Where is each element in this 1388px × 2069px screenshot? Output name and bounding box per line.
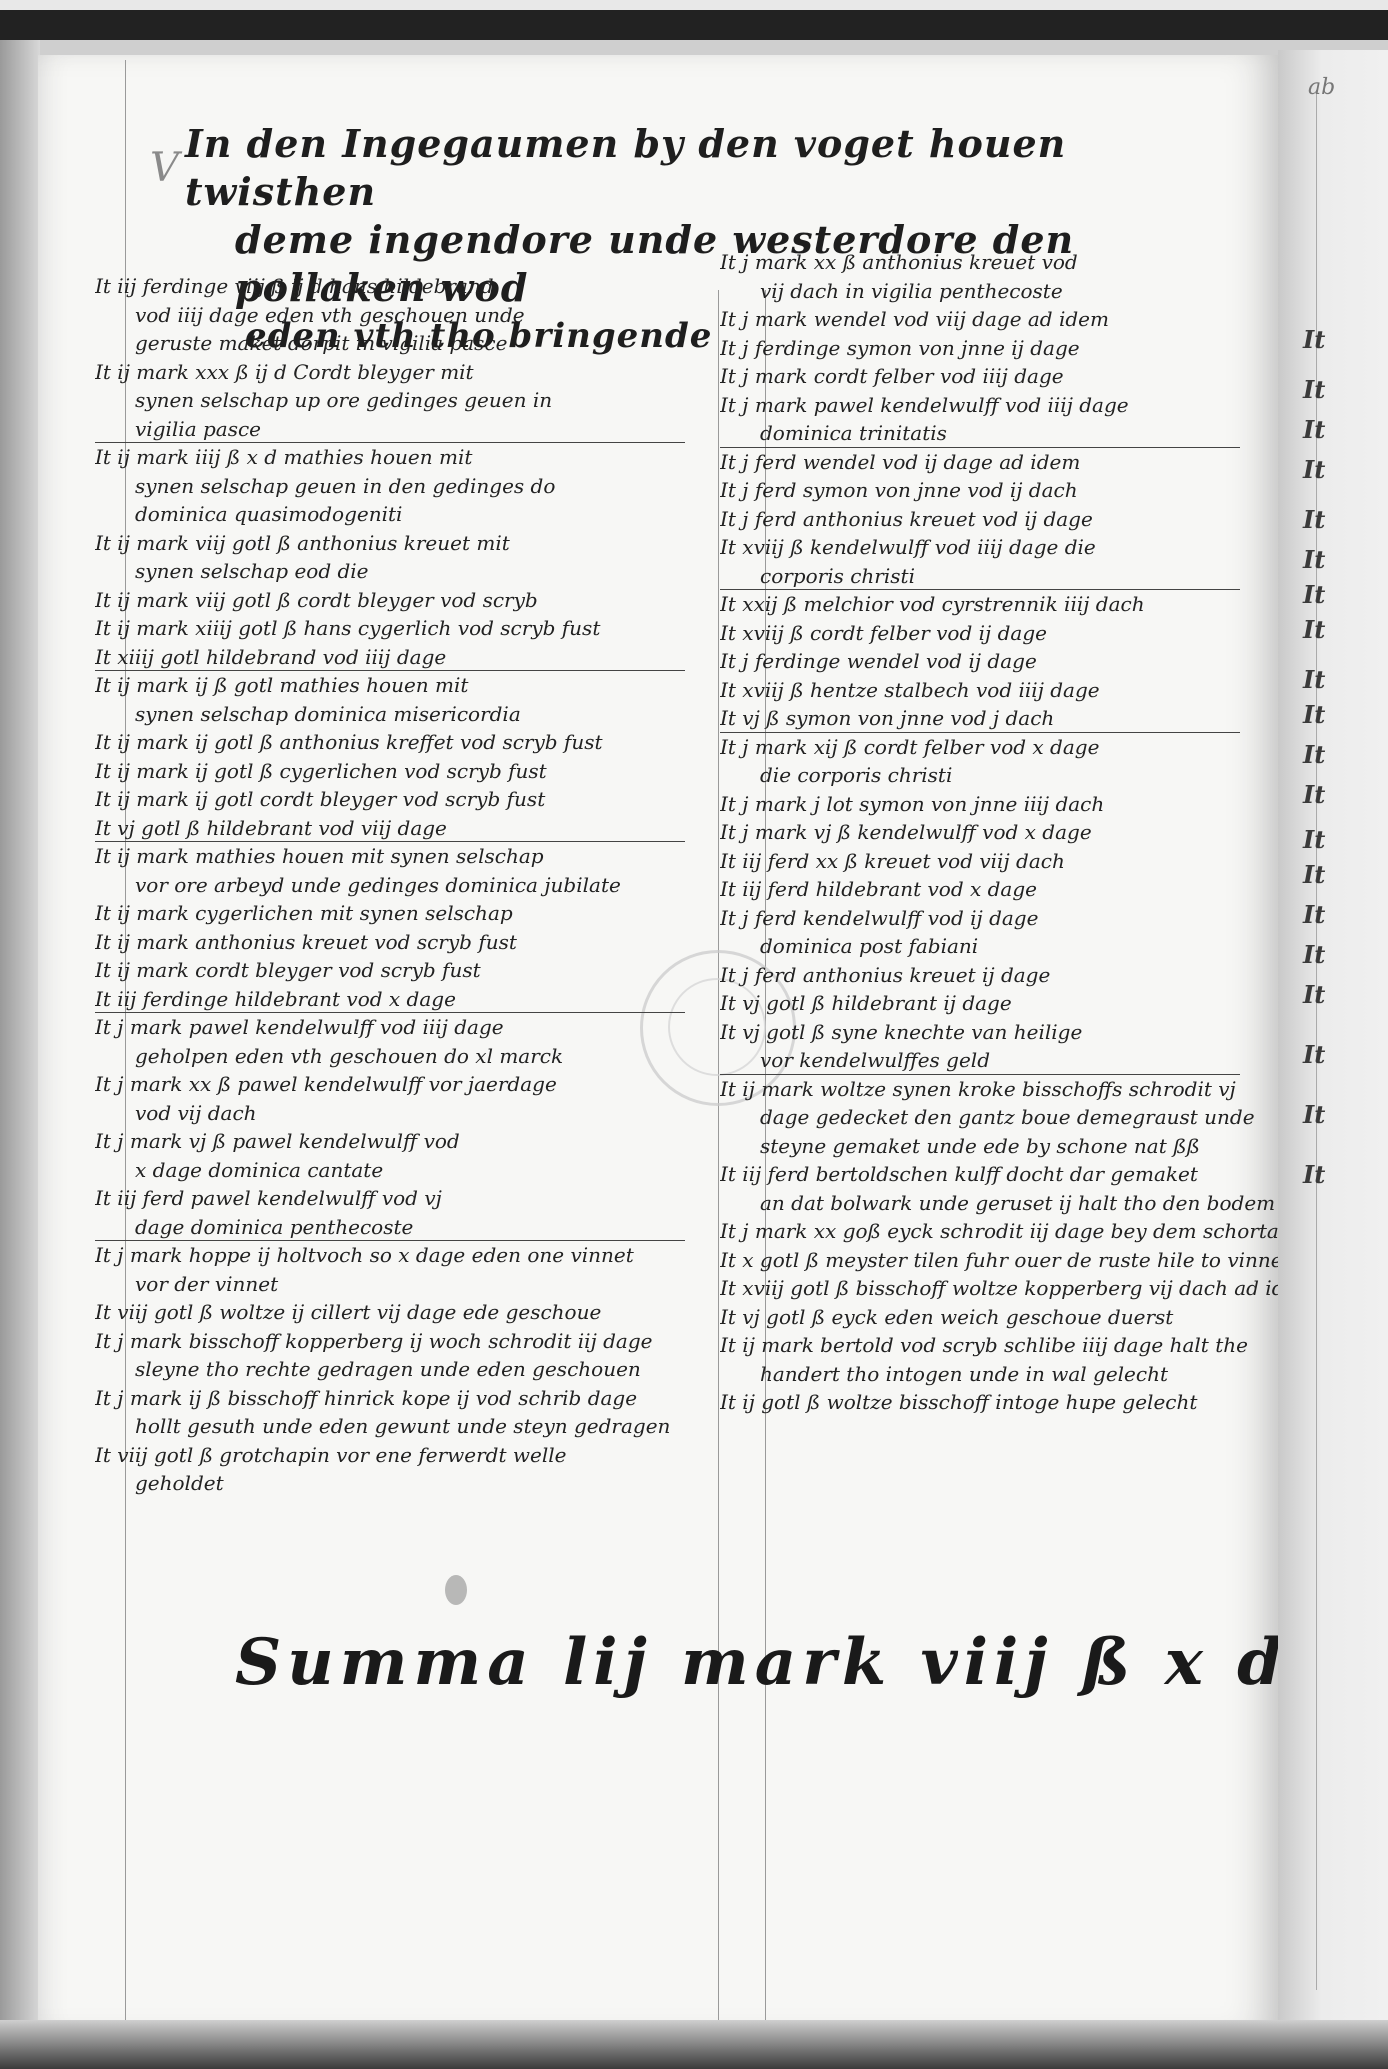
ledger-entry: It j mark pawel kendelwulff vod iiij dag… bbox=[720, 391, 1280, 448]
ledger-entry: It vj ß symon von jnne vod j dach bbox=[720, 704, 1280, 733]
ledger-entry: It ij mark cygerlichen mit synen selscha… bbox=[95, 899, 725, 928]
ledger-entry: It j mark j lot symon von jnne iiij dach bbox=[720, 790, 1280, 819]
ledger-entry-line: It j ferd symon von jnne vod ij dach bbox=[720, 476, 1280, 505]
margin-check-mark: V bbox=[150, 145, 179, 191]
ledger-entry-line: It iij ferd hildebrant vod x dage bbox=[720, 875, 1280, 904]
ledger-entry-line: It xiiij gotl hildebrand vod iiij dage bbox=[95, 643, 725, 672]
ledger-entry: It ij mark iiij ß x d mathies houen mits… bbox=[95, 443, 725, 529]
ledger-entry-line: It ij mark woltze synen kroke bisschoffs… bbox=[720, 1075, 1280, 1104]
ledger-entry: It j mark wendel vod viij dage ad idem bbox=[720, 305, 1280, 334]
next-page-item-mark: It bbox=[1303, 780, 1325, 809]
ledger-entry: It j mark hoppe ij holtvoch so x dage ed… bbox=[95, 1241, 725, 1298]
ledger-entry: It ij mark ij gotl ß cygerlichen vod scr… bbox=[95, 757, 725, 786]
ledger-entry-line: It j ferd anthonius kreuet ij dage bbox=[720, 961, 1280, 990]
ledger-entry: It j ferd kendelwulff vod ij dagedominic… bbox=[720, 904, 1280, 961]
ledger-entry-line: It vj ß symon von jnne vod j dach bbox=[720, 704, 1280, 733]
ledger-entry: It ij mark cordt bleyger vod scryb fust bbox=[95, 956, 725, 985]
ledger-entry-line: It vj gotl ß syne knechte van heilige bbox=[720, 1018, 1280, 1047]
ledger-entry-line: It iij ferd pawel kendelwulff vod vj bbox=[95, 1184, 725, 1213]
next-page-item-mark: It bbox=[1303, 455, 1325, 484]
ledger-entry: It iij ferd bertoldschen kulff docht dar… bbox=[720, 1160, 1280, 1217]
ledger-entry-line: die corporis christi bbox=[720, 761, 1280, 790]
left-column-entries: It iij ferdinge viij ß ij d hans hildebr… bbox=[95, 272, 725, 1498]
ledger-entry: It iij ferd hildebrant vod x dage bbox=[720, 875, 1280, 904]
ledger-entry-line: It xviij ß kendelwulff vod iiij dage die bbox=[720, 533, 1280, 562]
ledger-entry: It j ferdinge symon von jnne ij dage bbox=[720, 334, 1280, 363]
ledger-entry: It ij mark ij ß gotl mathies houen mitsy… bbox=[95, 671, 725, 728]
ledger-entry: It j mark vj ß pawel kendelwulff vodx da… bbox=[95, 1127, 725, 1184]
next-page-item-mark: It bbox=[1303, 1100, 1325, 1129]
ledger-entry-line: It ij gotl ß woltze bisschoff intoge hup… bbox=[720, 1388, 1280, 1417]
ledger-entry: It xviij gotl ß bisschoff woltze kopperb… bbox=[720, 1274, 1280, 1303]
ledger-entry-line: vij dach in vigilia penthecoste bbox=[720, 277, 1280, 306]
ledger-entry-line: It xxij ß melchior vod cyrstrennik iiij … bbox=[720, 590, 1280, 619]
next-page-item-mark: It bbox=[1303, 900, 1325, 929]
ledger-entry-line: hollt gesuth unde eden gewunt unde steyn… bbox=[95, 1412, 725, 1441]
ledger-entry: It j mark ij ß bisschoff hinrick kope ij… bbox=[95, 1384, 725, 1441]
ledger-entry-line: dominica quasimodogeniti bbox=[95, 500, 725, 529]
ledger-entry: It xviij ß kendelwulff vod iiij dage die… bbox=[720, 533, 1280, 590]
ledger-entry-line: synen selschap eod die bbox=[95, 557, 725, 586]
ledger-entry-line: It j mark ij ß bisschoff hinrick kope ij… bbox=[95, 1384, 725, 1413]
ledger-entry-line: It ij mark xxx ß ij d Cordt bleyger mit bbox=[95, 358, 725, 387]
next-page-item-mark: It bbox=[1303, 940, 1325, 969]
ledger-entry-line: It xviij ß hentze stalbech vod iiij dage bbox=[720, 676, 1280, 705]
right-column-entries: It j mark xx ß anthonius kreuet vodvij d… bbox=[720, 248, 1280, 1417]
ledger-entry-line: vod vij dach bbox=[95, 1099, 725, 1128]
ledger-entry-line: It j ferdinge symon von jnne ij dage bbox=[720, 334, 1280, 363]
ledger-entry: It x gotl ß meyster tilen fuhr ouer de r… bbox=[720, 1246, 1280, 1275]
ledger-entry: It ij mark xxx ß ij d Cordt bleyger mits… bbox=[95, 358, 725, 444]
ledger-entry: It j mark xx ß anthonius kreuet vodvij d… bbox=[720, 248, 1280, 305]
ledger-entry-line: It j mark cordt felber vod iiij dage bbox=[720, 362, 1280, 391]
ledger-entry: It ij mark bertold vod scryb schlibe iii… bbox=[720, 1331, 1280, 1388]
ledger-entry: It vj gotl ß hildebrant ij dage bbox=[720, 989, 1280, 1018]
ledger-entry-line: It iij ferd bertoldschen kulff docht dar… bbox=[720, 1160, 1280, 1189]
ledger-entry-line: It ij mark mathies houen mit synen selsc… bbox=[95, 842, 725, 871]
ledger-entry-line: It j ferd wendel vod ij dage ad idem bbox=[720, 448, 1280, 477]
ledger-entry: It j mark pawel kendelwulff vod iiij dag… bbox=[95, 1013, 725, 1070]
next-page-fragment: ab ItItItItItItItItItItItItItItItItItItI… bbox=[1278, 50, 1388, 2025]
ledger-entry: It ij mark anthonius kreuet vod scryb fu… bbox=[95, 928, 725, 957]
ledger-entry: It j ferd wendel vod ij dage ad idem bbox=[720, 448, 1280, 477]
book-binding-top bbox=[0, 0, 1388, 60]
ledger-entry-line: synen selschap dominica misericordia bbox=[95, 700, 725, 729]
ledger-entry: It xiiij gotl hildebrand vod iiij dage bbox=[95, 643, 725, 672]
ledger-entry: It j ferd anthonius kreuet ij dage bbox=[720, 961, 1280, 990]
next-page-item-mark: It bbox=[1303, 740, 1325, 769]
ledger-entry-line: It vj gotl ß hildebrant ij dage bbox=[720, 989, 1280, 1018]
next-page-item-mark: It bbox=[1303, 860, 1325, 889]
ledger-entry: It iij ferdinge viij ß ij d hans hildebr… bbox=[95, 272, 725, 358]
ledger-entry-line: It j mark xx ß pawel kendelwulff vor jae… bbox=[95, 1070, 725, 1099]
ledger-entry-line: It j mark vj ß kendelwulff vod x dage bbox=[720, 818, 1280, 847]
ledger-entry: It iij ferd pawel kendelwulff vod vjdage… bbox=[95, 1184, 725, 1241]
ledger-entry-line: It j mark hoppe ij holtvoch so x dage ed… bbox=[95, 1241, 725, 1270]
ledger-entry-line: It vj gotl ß eyck eden weich geschoue du… bbox=[720, 1303, 1280, 1332]
ledger-entry: It ij mark xiiij gotl ß hans cygerlich v… bbox=[95, 614, 725, 643]
ledger-entry: It iij ferdinge hildebrant vod x dage bbox=[95, 985, 725, 1014]
ledger-entry: It viij gotl ß woltze ij cillert vij dag… bbox=[95, 1298, 725, 1327]
page-left-edge bbox=[0, 40, 40, 2040]
ledger-entry-line: It ij mark viij gotl ß anthonius kreuet … bbox=[95, 529, 725, 558]
ledger-entry-line: corporis christi bbox=[720, 562, 1280, 591]
ledger-entry: It j mark xij ß cordt felber vod x daged… bbox=[720, 733, 1280, 790]
ledger-entry: It j mark bisschoff kopperberg ij woch s… bbox=[95, 1327, 725, 1384]
total-value: lij mark viij ß x d bbox=[563, 1625, 1288, 1700]
ledger-entry-line: It j ferd anthonius kreuet vod ij dage bbox=[720, 505, 1280, 534]
ledger-entry: It ij mark ij gotl cordt bleyger vod scr… bbox=[95, 785, 725, 814]
next-page-item-mark: It bbox=[1303, 325, 1325, 354]
ledger-entry-line: It viij gotl ß woltze ij cillert vij dag… bbox=[95, 1298, 725, 1327]
ledger-entry-line: dage gedecket den gantz boue demegraust … bbox=[720, 1103, 1280, 1132]
ledger-entry: It viij gotl ß grotchapin vor ene ferwer… bbox=[95, 1441, 725, 1498]
ledger-entry-line: It viij gotl ß grotchapin vor ene ferwer… bbox=[95, 1441, 725, 1470]
next-page-item-mark: It bbox=[1303, 615, 1325, 644]
book-binding-bottom bbox=[0, 2020, 1388, 2069]
ledger-entry: It xviij ß cordt felber vod ij dage bbox=[720, 619, 1280, 648]
ledger-entry-line: It ij mark cygerlichen mit synen selscha… bbox=[95, 899, 725, 928]
ledger-entry-line: geholpen eden vth geschouen do xl marck bbox=[95, 1042, 725, 1071]
ledger-entry-line: dominica trinitatis bbox=[720, 419, 1280, 448]
ledger-entry-line: x dage dominica cantate bbox=[95, 1156, 725, 1185]
ledger-entry-line: geruste maket dorpit in vigilia pasce bbox=[95, 329, 725, 358]
ledger-entry-line: It ij mark cordt bleyger vod scryb fust bbox=[95, 956, 725, 985]
next-page-item-mark: It bbox=[1303, 545, 1325, 574]
total-label: Summa bbox=[235, 1625, 535, 1700]
ledger-entry: It iij ferd xx ß kreuet vod viij dach bbox=[720, 847, 1280, 876]
ledger-entry-line: It j mark bisschoff kopperberg ij woch s… bbox=[95, 1327, 725, 1356]
ledger-entry-line: It ij mark bertold vod scryb schlibe iii… bbox=[720, 1331, 1280, 1360]
ledger-entry-line: It xviij ß cordt felber vod ij dage bbox=[720, 619, 1280, 648]
ledger-entry-line: It ij mark ij gotl cordt bleyger vod scr… bbox=[95, 785, 725, 814]
ledger-entry-line: It xviij gotl ß bisschoff woltze kopperb… bbox=[720, 1274, 1280, 1303]
ledger-entry-line: It j ferd kendelwulff vod ij dage bbox=[720, 904, 1280, 933]
ledger-entry-line: It iij ferdinge viij ß ij d hans hildebr… bbox=[95, 272, 725, 301]
ledger-entry-line: vor kendelwulffes geld bbox=[720, 1046, 1280, 1075]
ledger-entry-line: dage dominica penthecoste bbox=[95, 1213, 725, 1242]
ledger-entry: It j mark xx ß pawel kendelwulff vor jae… bbox=[95, 1070, 725, 1127]
ledger-entry-line: It iij ferdinge hildebrant vod x dage bbox=[95, 985, 725, 1014]
next-page-item-mark: It bbox=[1303, 580, 1325, 609]
ledger-entry: It j mark xx goß eyck schrodit iij dage … bbox=[720, 1217, 1280, 1246]
ledger-entry-line: It ij mark anthonius kreuet vod scryb fu… bbox=[95, 928, 725, 957]
ledger-entry-line: It ij mark ij gotl ß anthonius kreffet v… bbox=[95, 728, 725, 757]
ledger-entry-line: It iij ferd xx ß kreuet vod viij dach bbox=[720, 847, 1280, 876]
ink-blot bbox=[445, 1575, 467, 1605]
ledger-entry-line: It j mark vj ß pawel kendelwulff vod bbox=[95, 1127, 725, 1156]
ledger-entry-line: It j mark j lot symon von jnne iiij dach bbox=[720, 790, 1280, 819]
ledger-entry-line: dominica post fabiani bbox=[720, 932, 1280, 961]
ledger-entry: It ij mark mathies houen mit synen selsc… bbox=[95, 842, 725, 899]
ledger-entry: It j ferd symon von jnne vod ij dach bbox=[720, 476, 1280, 505]
next-page-top-text: ab bbox=[1308, 75, 1335, 100]
ledger-entry-line: handert tho intogen unde in wal gelecht bbox=[720, 1360, 1280, 1389]
next-page-item-mark: It bbox=[1303, 505, 1325, 534]
ledger-entry-line: geholdet bbox=[95, 1469, 725, 1498]
ledger-entry-line: vor der vinnet bbox=[95, 1270, 725, 1299]
ledger-entry: It ij mark viij gotl ß cordt bleyger vod… bbox=[95, 586, 725, 615]
ledger-entry: It j ferd anthonius kreuet vod ij dage bbox=[720, 505, 1280, 534]
next-page-item-mark: It bbox=[1303, 700, 1325, 729]
ledger-entry: It ij mark viij gotl ß anthonius kreuet … bbox=[95, 529, 725, 586]
ledger-entry: It xviij ß hentze stalbech vod iiij dage bbox=[720, 676, 1280, 705]
ledger-entry-line: vigilia pasce bbox=[95, 415, 725, 444]
ledger-entry: It ij mark ij gotl ß anthonius kreffet v… bbox=[95, 728, 725, 757]
next-page-item-mark: It bbox=[1303, 665, 1325, 694]
ledger-entry: It vj gotl ß syne knechte van heiligevor… bbox=[720, 1018, 1280, 1075]
ledger-entry-line: an dat bolwark unde geruset ij halt tho … bbox=[720, 1189, 1280, 1218]
next-page-item-mark: It bbox=[1303, 1040, 1325, 1069]
ledger-entry-line: steyne gemaket unde ede by schone nat ßß bbox=[720, 1132, 1280, 1161]
next-page-item-mark: It bbox=[1303, 375, 1325, 404]
ledger-entry: It j mark vj ß kendelwulff vod x dage bbox=[720, 818, 1280, 847]
heading-line-1: In den Ingegaumen by den voget houen twi… bbox=[185, 120, 1225, 216]
ledger-entry: It ij mark woltze synen kroke bisschoffs… bbox=[720, 1075, 1280, 1161]
ledger-entry-line: It j mark xx ß anthonius kreuet vod bbox=[720, 248, 1280, 277]
ledger-entry-line: It j mark xij ß cordt felber vod x dage bbox=[720, 733, 1280, 762]
next-page-item-mark: It bbox=[1303, 415, 1325, 444]
ledger-entry-line: vod iiij dage eden vth geschouen unde bbox=[95, 301, 725, 330]
ledger-entry-line: vor ore arbeyd unde gedinges dominica ju… bbox=[95, 871, 725, 900]
ledger-entry-line: synen selschap up ore gedinges geuen in bbox=[95, 386, 725, 415]
ledger-entry-line: It ij mark ij ß gotl mathies houen mit bbox=[95, 671, 725, 700]
ledger-entry-line: It ij mark iiij ß x d mathies houen mit bbox=[95, 443, 725, 472]
ledger-entry-line: It j ferdinge wendel vod ij dage bbox=[720, 647, 1280, 676]
ledger-entry: It ij gotl ß woltze bisschoff intoge hup… bbox=[720, 1388, 1280, 1417]
total-sum: Summa lij mark viij ß x d bbox=[235, 1625, 1288, 1700]
ledger-entry-line: synen selschap geuen in den gedinges do bbox=[95, 472, 725, 501]
next-page-item-mark: It bbox=[1303, 825, 1325, 854]
ledger-entry-line: It j mark pawel kendelwulff vod iiij dag… bbox=[95, 1013, 725, 1042]
ledger-entry-line: It vj gotl ß hildebrant vod viij dage bbox=[95, 814, 725, 843]
next-page-item-mark: It bbox=[1303, 1160, 1325, 1189]
ledger-entry-line: It j mark wendel vod viij dage ad idem bbox=[720, 305, 1280, 334]
ledger-entry-line: It j mark pawel kendelwulff vod iiij dag… bbox=[720, 391, 1280, 420]
ledger-entry-line: It x gotl ß meyster tilen fuhr ouer de r… bbox=[720, 1246, 1280, 1275]
ledger-entry-line: sleyne tho rechte gedragen unde eden ges… bbox=[95, 1355, 725, 1384]
ledger-entry-line: It ij mark xiiij gotl ß hans cygerlich v… bbox=[95, 614, 725, 643]
ledger-entry: It xxij ß melchior vod cyrstrennik iiij … bbox=[720, 590, 1280, 619]
ledger-entry: It vj gotl ß hildebrant vod viij dage bbox=[95, 814, 725, 843]
ledger-entry-line: It ij mark viij gotl ß cordt bleyger vod… bbox=[95, 586, 725, 615]
next-page-item-mark: It bbox=[1303, 980, 1325, 1009]
ledger-entry: It j mark cordt felber vod iiij dage bbox=[720, 362, 1280, 391]
ledger-entry-line: It ij mark ij gotl ß cygerlichen vod scr… bbox=[95, 757, 725, 786]
ledger-entry: It vj gotl ß eyck eden weich geschoue du… bbox=[720, 1303, 1280, 1332]
ledger-entry-line: It j mark xx goß eyck schrodit iij dage … bbox=[720, 1217, 1280, 1246]
ledger-entry: It j ferdinge wendel vod ij dage bbox=[720, 647, 1280, 676]
